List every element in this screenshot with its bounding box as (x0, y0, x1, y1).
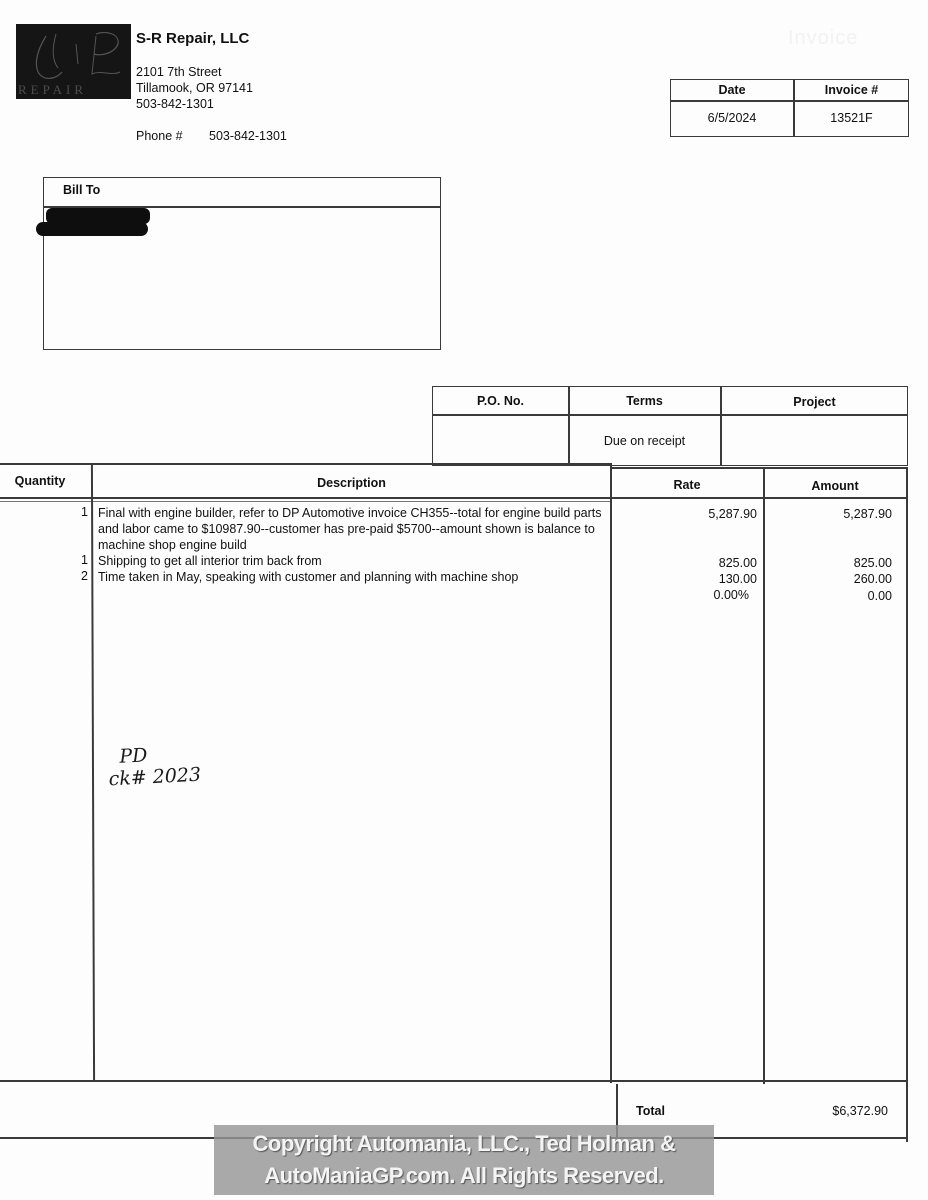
invoice-number-label: Invoice # (794, 83, 909, 97)
row-amount: 260.00 (854, 572, 892, 586)
column-divider (763, 467, 765, 1084)
bill-to-box (43, 177, 441, 350)
logo-text: REPAIR (18, 82, 87, 98)
row-amount: 825.00 (854, 556, 892, 570)
redacted-address (36, 222, 148, 236)
document-title: Invoice (788, 27, 858, 50)
header-amount: Amount (764, 479, 906, 493)
row-description: Time taken in May, speaking with custome… (98, 569, 610, 585)
header-quantity: Quantity (0, 474, 80, 488)
invoice-number-value: 13521F (794, 111, 909, 125)
divider (432, 414, 908, 416)
row-rate: 0.00% (714, 588, 749, 602)
total-label: Total (636, 1104, 665, 1118)
header-rate: Rate (611, 478, 763, 492)
bill-to-label: Bill To (63, 183, 100, 197)
row-rate: 130.00 (719, 572, 757, 586)
row-quantity: 1 (81, 553, 88, 567)
column-divider (91, 463, 95, 1081)
company-name: S-R Repair, LLC (136, 30, 249, 47)
company-address-phone: 503-842-1301 (136, 96, 214, 112)
po-number-label: P.O. No. (432, 394, 569, 408)
terms-label: Terms (569, 394, 720, 408)
total-value: $6,372.90 (832, 1104, 888, 1118)
table-top-border (611, 467, 907, 469)
row-description: Final with engine builder, refer to DP A… (98, 505, 610, 553)
watermark-line-2: AutoManiaGP.com. All Rights Reserved. (214, 1160, 714, 1192)
terms-value: Due on receipt (569, 434, 720, 448)
column-divider (610, 463, 612, 1083)
copyright-watermark: Copyright Automania, LLC., Ted Holman & … (214, 1125, 714, 1195)
row-quantity: 1 (81, 505, 88, 519)
date-label: Date (671, 83, 793, 97)
phone-value: 503-842-1301 (209, 129, 287, 143)
handwritten-paid-note: PD ck# 2023 (107, 742, 202, 791)
row-description: Shipping to get all interior trim back f… (98, 553, 610, 569)
watermark-line-1: Copyright Automania, LLC., Ted Holman & (214, 1128, 714, 1160)
date-value: 6/5/2024 (671, 111, 793, 125)
header-description: Description (93, 476, 610, 490)
handwritten-line-2: ck# 2023 (108, 764, 201, 791)
row-rate: 5,287.90 (708, 507, 757, 521)
table-right-border (906, 467, 908, 1142)
table-header-border (0, 497, 907, 499)
company-address-city: Tillamook, OR 97141 (136, 80, 253, 96)
row-rate: 825.00 (719, 556, 757, 570)
row-amount: 0.00 (868, 589, 892, 603)
company-logo: REPAIR (16, 24, 131, 99)
table-body-border (0, 1080, 907, 1082)
divider (670, 100, 909, 102)
project-label: Project (721, 395, 908, 409)
company-address-street: 2101 7th Street (136, 64, 221, 80)
row-quantity: 2 (81, 569, 88, 583)
row-amount: 5,287.90 (843, 507, 892, 521)
phone-label: Phone # (136, 129, 183, 143)
